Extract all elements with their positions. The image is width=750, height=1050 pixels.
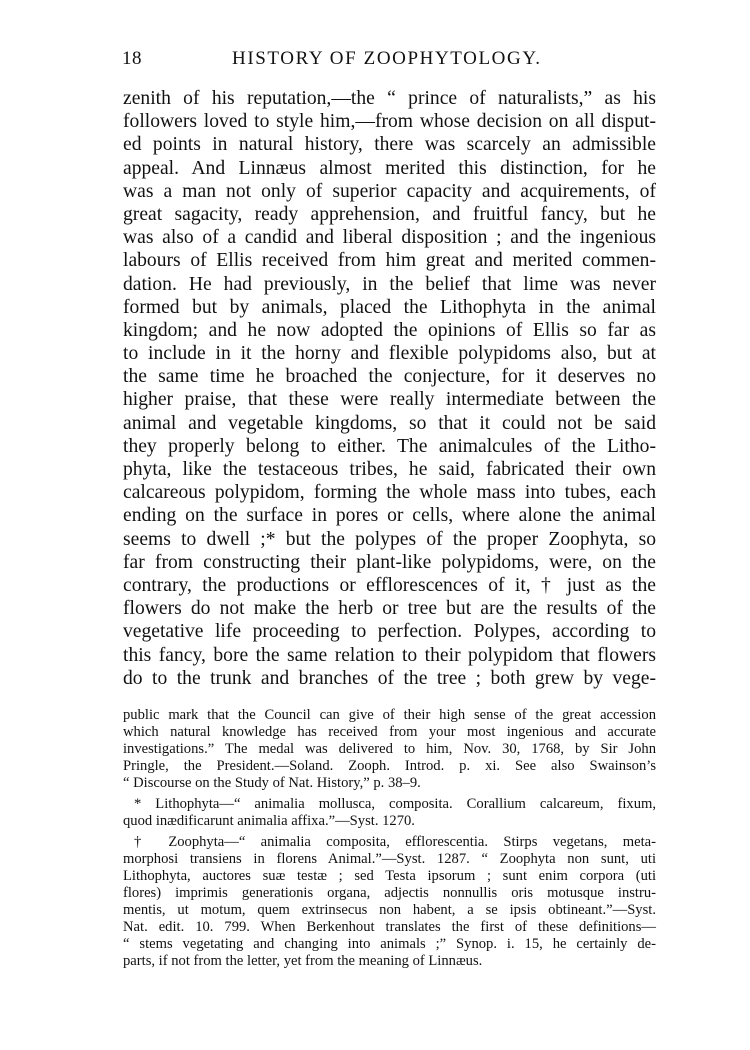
footnote-line: parts, if not from the letter, yet from …	[123, 953, 656, 970]
running-head: 18 HISTORY OF ZOOPHYTOLOGY.	[122, 48, 655, 74]
body-line: animal and vegetable kingdoms, so that i…	[123, 412, 656, 435]
body-line: formed but by animals, placed the Lithop…	[123, 296, 656, 319]
footnotes: public mark that the Council can give of…	[123, 707, 656, 970]
footnote-asterisk: * Lithophyta—“ animalia mollusca, compos…	[123, 796, 656, 830]
footnote-line: which natural knowledge has received fro…	[123, 724, 656, 741]
body-line: great sagacity, ready apprehension, and …	[123, 203, 656, 226]
body-line: flowers do not make the herb or tree but…	[123, 597, 656, 620]
body-line: phyta, like the testaceous tribes, he sa…	[123, 458, 656, 481]
body-line: contrary, the productions or efflorescen…	[123, 574, 656, 597]
footnote-line: quod inædificarunt animalia affixa.”—Sys…	[123, 813, 656, 830]
body-line: they properly belong to either. The anim…	[123, 435, 656, 458]
footnote-line: flores) imprimis generationis organa, ad…	[123, 885, 656, 902]
body-line: kingdom; and he now adopted the opinions…	[123, 319, 656, 342]
body-line: the same time he broached the conjecture…	[123, 365, 656, 388]
footnote-line: “ Discourse on the Study of Nat. History…	[123, 775, 656, 792]
footnote-line: Pringle, the President.—Soland. Zooph. I…	[123, 758, 656, 775]
footnote-dagger: † Zoophyta—“ animalia composita, efflore…	[123, 834, 656, 970]
footnote-line: public mark that the Council can give of…	[123, 707, 656, 724]
body-line: higher praise, that these were really in…	[123, 388, 656, 411]
body-line: labours of Ellis received from him great…	[123, 249, 656, 272]
footnote-line: Nat. edit. 10. 799. When Berkenhout tran…	[123, 919, 656, 936]
body-line: ending on the surface in pores or cells,…	[123, 504, 656, 527]
running-title: HISTORY OF ZOOPHYTOLOGY.	[232, 48, 542, 70]
body-line: was a man not only of superior capacity …	[123, 180, 656, 203]
footnote-line: investigations.” The medal was delivered…	[123, 741, 656, 758]
footnote-line: mentis, ut motum, quem extrinsecus non h…	[123, 902, 656, 919]
body-line: this fancy, bore the same relation to th…	[123, 644, 656, 667]
body-line: ed points in natural history, there was …	[123, 133, 656, 156]
body-text: zenith of his reputation,—the “ prince o…	[123, 87, 656, 690]
footnote-line: * Lithophyta—“ animalia mollusca, compos…	[123, 796, 656, 813]
body-line: dation. He had previously, in the belief…	[123, 273, 656, 296]
body-line: was also of a candid and liberal disposi…	[123, 226, 656, 249]
body-line: appeal. And Linnæus almost merited this …	[123, 157, 656, 180]
footnote-line: morphosi transiens in florens Animal.”—S…	[123, 851, 656, 868]
footnote-line: “ stems vegetating and changing into ani…	[123, 936, 656, 953]
page-number: 18	[122, 48, 142, 70]
body-line: zenith of his reputation,—the “ prince o…	[123, 87, 656, 110]
body-line: do to the trunk and branches of the tree…	[123, 667, 656, 690]
book-page: 18 HISTORY OF ZOOPHYTOLOGY. zenith of hi…	[0, 0, 750, 1050]
footnote-line: † Zoophyta—“ animalia composita, efflore…	[123, 834, 656, 851]
footnote-continued: public mark that the Council can give of…	[123, 707, 656, 792]
body-line: to include in it the horny and flexible …	[123, 342, 656, 365]
body-line: seems to dwell ;* but the polypes of the…	[123, 528, 656, 551]
footnote-line: Lithophyta, auctores suæ testæ ; sed Tes…	[123, 868, 656, 885]
body-line: calcareous polypidom, forming the whole …	[123, 481, 656, 504]
body-line: far from constructing their plant-like p…	[123, 551, 656, 574]
body-line: vegetative life proceeding to perfection…	[123, 620, 656, 643]
body-line: followers loved to style him,—from whose…	[123, 110, 656, 133]
